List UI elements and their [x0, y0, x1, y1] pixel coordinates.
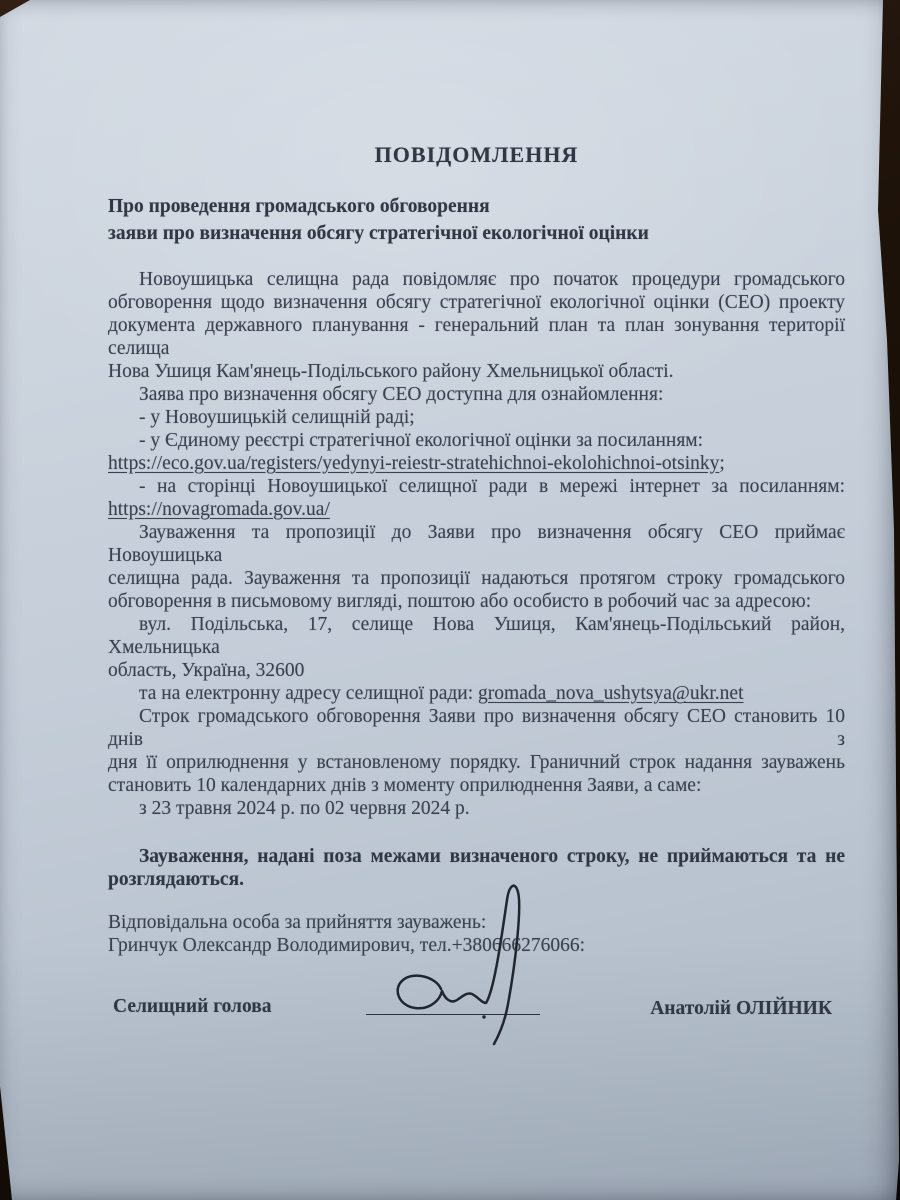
availability-item-website: - на сторінці Новоушицької селищної ради…	[108, 475, 845, 498]
term-line: становить 10 календарних днів з моменту …	[108, 774, 845, 797]
subject-line-1: Про проведення громадського обговорення	[108, 193, 845, 220]
comments-paragraph: Зауваження та пропозиції до Заяви про ви…	[108, 521, 845, 613]
signature-row: Селищний голова Анатолій ОЛІЙНИК	[108, 995, 845, 1055]
signatory-name: Анатолій ОЛІЙНИК	[650, 997, 832, 1020]
photo-background: ПОВІДОМЛЕННЯ Про проведення громадського…	[0, 0, 900, 1200]
notice-line: Нова Ушиця Кам'янець-Подільського району…	[108, 360, 845, 383]
responsible-person-block: Відповідальна особа за прийняття зауваже…	[108, 911, 845, 957]
council-site-link-line: https://novagromada.gov.ua/	[108, 498, 845, 521]
handwritten-signature-icon	[344, 864, 544, 1056]
comments-line: Зауваження та пропозиції до Заяви про ви…	[108, 521, 845, 567]
notice-line: документа державного планування - генера…	[108, 314, 845, 360]
notice-line: Новоушицька селищна рада повідомляє про …	[108, 268, 845, 291]
email-label: та на електронну адресу селищної ради:	[139, 683, 478, 704]
comments-line: обговорення в письмовому вигляді, поштою…	[108, 590, 845, 613]
responsible-person-contact: Гринчук Олександр Володимирович, тел.+38…	[108, 934, 845, 957]
availability-intro: Заява про визначення обсягу СЕО доступна…	[108, 383, 845, 406]
comments-line: селищна рада. Зауваження та пропозиції н…	[108, 567, 845, 590]
term-line: Строк громадського обговорення Заяви про…	[108, 705, 845, 751]
address-line: область, Україна, 32600	[108, 659, 845, 682]
signature-line	[366, 999, 540, 1015]
email-address: gromada_nova_ushytsya@ukr.net	[478, 683, 743, 704]
deadline-warning-line: Зауваження, надані поза межами визначено…	[108, 845, 845, 868]
responsible-person-label: Відповідальна особа за прийняття зауваже…	[108, 911, 845, 934]
postal-address: вул. Подільська, 17, селище Нова Ушиця, …	[108, 613, 845, 682]
document-title: ПОВІДОМЛЕННЯ	[108, 143, 845, 166]
seo-registry-link: https://eco.gov.ua/registers/yedynyi-rei…	[108, 453, 719, 474]
email-line: та на електронну адресу селищної ради: g…	[108, 682, 845, 705]
document-subject: Про проведення громадського обговорення …	[108, 193, 845, 247]
deadline-warning-line: розглядаються.	[108, 868, 845, 891]
subject-line-2: заяви про визначення обсягу стратегічної…	[108, 220, 845, 247]
registry-link-line: https://eco.gov.ua/registers/yedynyi-rei…	[108, 452, 845, 475]
term-paragraph: Строк громадського обговорення Заяви про…	[108, 705, 845, 797]
notice-paragraph: Новоушицька селищна рада повідомляє про …	[108, 268, 845, 383]
term-line: дня її оприлюднення у встановленому поря…	[108, 751, 845, 774]
deadline-warning: Зауваження, надані поза межами визначено…	[108, 845, 845, 891]
document-content: ПОВІДОМЛЕННЯ Про проведення громадського…	[108, 0, 845, 1055]
notice-line: обговорення щодо визначення обсягу страт…	[108, 291, 845, 314]
signatory-position: Селищний голова	[113, 995, 272, 1018]
council-site-link: https://novagromada.gov.ua/	[108, 499, 330, 520]
address-line: вул. Подільська, 17, селище Нова Ушиця, …	[108, 613, 845, 659]
paper-sheet: ПОВІДОМЛЕННЯ Про проведення громадського…	[0, 0, 900, 1200]
registry-link-punctuation: ;	[719, 453, 724, 474]
availability-item-registry: - у Єдиному реєстрі стратегічної екологі…	[108, 429, 845, 452]
availability-item-council: - у Новоушицькій селищній раді;	[108, 406, 845, 429]
comment-period-dates: з 23 травня 2024 р. по 02 червня 2024 р.	[108, 797, 845, 820]
